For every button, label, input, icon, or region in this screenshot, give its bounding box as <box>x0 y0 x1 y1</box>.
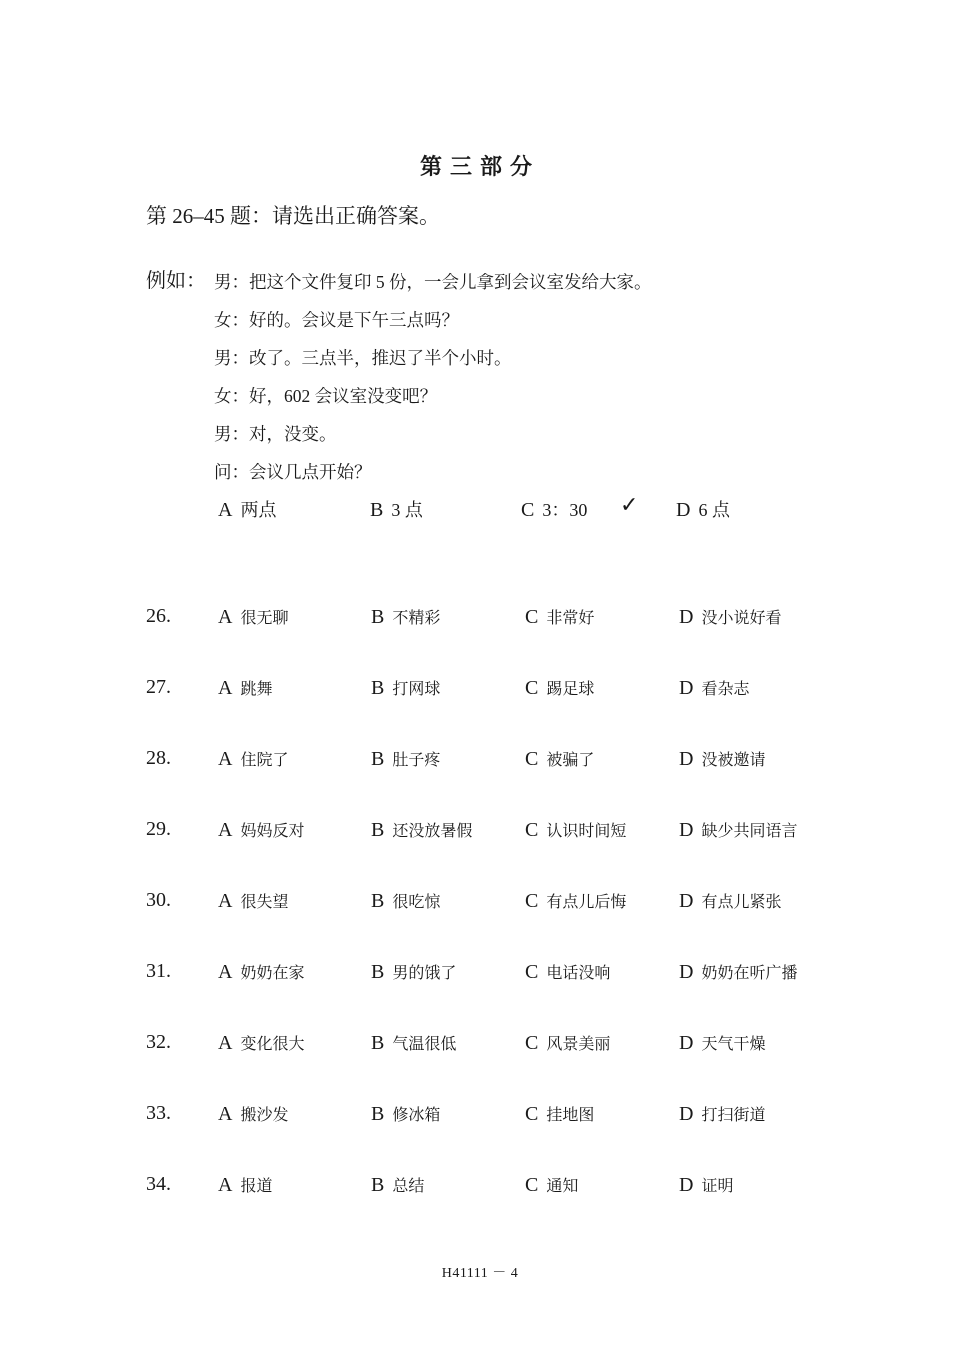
option-a[interactable]: A住院了 <box>218 747 288 771</box>
option-d[interactable]: D奶奶在听广播 <box>679 960 797 984</box>
option-b: B3 点 <box>370 496 423 522</box>
question-row: 26. A很无聊 B不精彩 C非常好 D没小说好看 <box>146 605 846 635</box>
option-d[interactable]: D有点儿紧张 <box>679 889 781 913</box>
option-a[interactable]: A变化很大 <box>218 1031 304 1055</box>
question-row: 33. A搬沙发 B修冰箱 C挂地图 D打扫街道 <box>146 1102 846 1132</box>
exam-page: 第三部分 第 26–45 题：请选出正确答案。 例如： 男：把这个文件复印 5 … <box>0 0 960 1358</box>
question-number: 30. <box>146 889 171 912</box>
option-a[interactable]: A奶奶在家 <box>218 960 304 984</box>
page-footer: H41111 － 4 <box>0 1262 960 1282</box>
option-c: C3：30 <box>521 496 587 522</box>
question-row: 28. A住院了 B肚子疼 C被骗了 D没被邀请 <box>146 747 846 777</box>
example-lead: 例如： <box>146 264 206 293</box>
option-c[interactable]: C被骗了 <box>525 747 594 771</box>
option-b[interactable]: B总结 <box>371 1173 424 1197</box>
option-a: A两点 <box>218 496 276 522</box>
option-b[interactable]: B肚子疼 <box>371 747 440 771</box>
question-row: 30. A很失望 B很吃惊 C有点儿后悔 D有点儿紧张 <box>146 889 846 919</box>
dialogue-line: 男：改了。三点半，推迟了半个小时。 <box>214 345 512 370</box>
section-title: 第三部分 <box>0 150 960 181</box>
example-options: A两点 B3 点 C3：30 ✓ D6 点 <box>218 496 778 526</box>
option-d[interactable]: D没小说好看 <box>679 605 781 629</box>
question-row: 32. A变化很大 B气温很低 C风景美丽 D天气干燥 <box>146 1031 846 1061</box>
option-c[interactable]: C风景美丽 <box>525 1031 610 1055</box>
instructions: 第 26–45 题：请选出正确答案。 <box>146 200 440 230</box>
option-a[interactable]: A很无聊 <box>218 605 288 629</box>
dialogue-line: 女：好，602 会议室没变吧？ <box>214 383 437 408</box>
option-d[interactable]: D看杂志 <box>679 676 749 700</box>
question-number: 33. <box>146 1102 171 1125</box>
option-d[interactable]: D没被邀请 <box>679 747 765 771</box>
question-prompt: 问：会议几点开始？ <box>214 459 372 484</box>
option-c[interactable]: C踢足球 <box>525 676 594 700</box>
option-d[interactable]: D天气干燥 <box>679 1031 765 1055</box>
question-number: 27. <box>146 676 171 699</box>
question-number: 32. <box>146 1031 171 1054</box>
question-number: 31. <box>146 960 171 983</box>
dialogue-line: 男：把这个文件复印 5 份，一会儿拿到会议室发给大家。 <box>214 269 652 294</box>
check-mark-icon: ✓ <box>620 492 638 518</box>
option-b[interactable]: B气温很低 <box>371 1031 456 1055</box>
option-b[interactable]: B还没放暑假 <box>371 818 472 842</box>
option-a[interactable]: A很失望 <box>218 889 288 913</box>
option-d[interactable]: D打扫街道 <box>679 1102 765 1126</box>
option-b[interactable]: B男的饿了 <box>371 960 456 984</box>
option-c[interactable]: C有点儿后悔 <box>525 889 626 913</box>
question-number: 34. <box>146 1173 171 1196</box>
question-row: 34. A报道 B总结 C通知 D证明 <box>146 1173 846 1203</box>
option-b[interactable]: B很吃惊 <box>371 889 440 913</box>
question-number: 29. <box>146 818 171 841</box>
option-c[interactable]: C通知 <box>525 1173 578 1197</box>
option-c[interactable]: C挂地图 <box>525 1102 594 1126</box>
option-a[interactable]: A妈妈反对 <box>218 818 304 842</box>
option-b[interactable]: B不精彩 <box>371 605 440 629</box>
question-number: 28. <box>146 747 171 770</box>
option-a[interactable]: A跳舞 <box>218 676 272 700</box>
dialogue-line: 男：对，没变。 <box>214 421 337 446</box>
option-a[interactable]: A搬沙发 <box>218 1102 288 1126</box>
option-b[interactable]: B打网球 <box>371 676 440 700</box>
option-c[interactable]: C非常好 <box>525 605 594 629</box>
question-row: 29. A妈妈反对 B还没放暑假 C认识时间短 D缺少共同语言 <box>146 818 846 848</box>
option-b[interactable]: B修冰箱 <box>371 1102 440 1126</box>
question-row: 27. A跳舞 B打网球 C踢足球 D看杂志 <box>146 676 846 706</box>
option-d: D6 点 <box>676 496 730 522</box>
option-a[interactable]: A报道 <box>218 1173 272 1197</box>
option-c[interactable]: C认识时间短 <box>525 818 626 842</box>
option-d[interactable]: D证明 <box>679 1173 733 1197</box>
dialogue-line: 女：好的。会议是下午三点吗？ <box>214 307 459 332</box>
option-d[interactable]: D缺少共同语言 <box>679 818 797 842</box>
option-c[interactable]: C电话没响 <box>525 960 610 984</box>
question-row: 31. A奶奶在家 B男的饿了 C电话没响 D奶奶在听广播 <box>146 960 846 990</box>
question-number: 26. <box>146 605 171 628</box>
